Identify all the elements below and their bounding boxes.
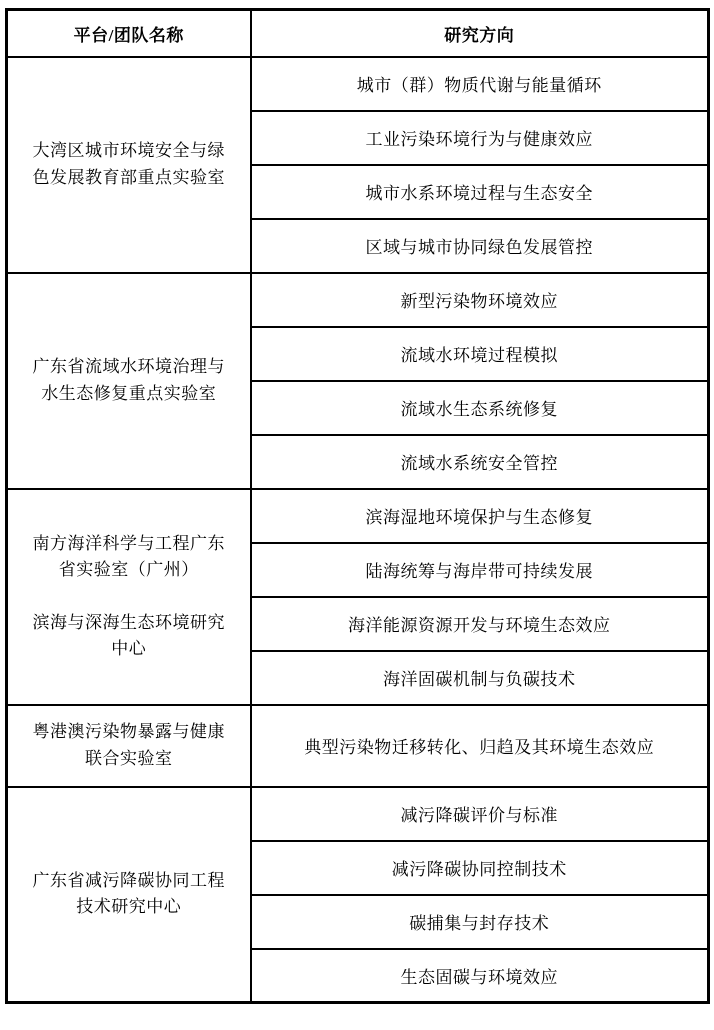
platform-name: 粤港澳污染物暴露与健康联合实验室 [28, 719, 230, 772]
direction-cell: 流域水系统安全管控 [251, 435, 709, 489]
platform-cell: 大湾区城市环境安全与绿色发展教育部重点实验室 [7, 57, 251, 273]
platform-name: 大湾区城市环境安全与绿色发展教育部重点实验室 [28, 138, 230, 191]
platform-cell: 南方海洋科学与工程广东省实验室（广州） 滨海与深海生态环境研究中心 [7, 489, 251, 705]
direction-cell: 陆海统筹与海岸带可持续发展 [251, 543, 709, 597]
platform-name: 南方海洋科学与工程广东省实验室（广州） [28, 531, 230, 584]
direction-cell: 新型污染物环境效应 [251, 273, 709, 327]
direction-cell: 生态固碳与环境效应 [251, 949, 709, 1003]
direction-cell: 城市水系环境过程与生态安全 [251, 165, 709, 219]
platform-cell: 粤港澳污染物暴露与健康联合实验室 [7, 705, 251, 787]
table-row: 粤港澳污染物暴露与健康联合实验室 典型污染物迁移转化、归趋及其环境生态效应 [7, 705, 709, 787]
direction-cell: 碳捕集与封存技术 [251, 895, 709, 949]
table-row: 大湾区城市环境安全与绿色发展教育部重点实验室 城市（群）物质代谢与能量循环 [7, 57, 709, 111]
table-body: 大湾区城市环境安全与绿色发展教育部重点实验室 城市（群）物质代谢与能量循环 工业… [7, 57, 709, 1003]
platform-name: 广东省减污降碳协同工程技术研究中心 [28, 868, 230, 921]
direction-cell: 减污降碳评价与标准 [251, 787, 709, 841]
direction-cell: 海洋能源资源开发与环境生态效应 [251, 597, 709, 651]
direction-cell: 典型污染物迁移转化、归趋及其环境生态效应 [251, 705, 709, 787]
table-header: 平台/团队名称 研究方向 [7, 10, 709, 57]
header-row: 平台/团队名称 研究方向 [7, 10, 709, 57]
document-page: 平台/团队名称 研究方向 大湾区城市环境安全与绿色发展教育部重点实验室 城市（群… [0, 0, 714, 1030]
header-platform-column: 平台/团队名称 [7, 10, 251, 57]
platform-cell: 广东省流域水环境治理与水生态修复重点实验室 [7, 273, 251, 489]
table-row: 广东省流域水环境治理与水生态修复重点实验室 新型污染物环境效应 [7, 273, 709, 327]
direction-cell: 滨海湿地环境保护与生态修复 [251, 489, 709, 543]
direction-cell: 流域水环境过程模拟 [251, 327, 709, 381]
direction-cell: 工业污染环境行为与健康效应 [251, 111, 709, 165]
direction-cell: 流域水生态系统修复 [251, 381, 709, 435]
platform-cell: 广东省减污降碳协同工程技术研究中心 [7, 787, 251, 1003]
direction-cell: 海洋固碳机制与负碳技术 [251, 651, 709, 705]
header-direction-column: 研究方向 [251, 10, 709, 57]
research-directions-table: 平台/团队名称 研究方向 大湾区城市环境安全与绿色发展教育部重点实验室 城市（群… [5, 8, 710, 1004]
direction-cell: 减污降碳协同控制技术 [251, 841, 709, 895]
direction-cell: 区域与城市协同绿色发展管控 [251, 219, 709, 273]
table-row: 南方海洋科学与工程广东省实验室（广州） 滨海与深海生态环境研究中心 滨海湿地环境… [7, 489, 709, 543]
table-row: 广东省减污降碳协同工程技术研究中心 减污降碳评价与标准 [7, 787, 709, 841]
platform-name: 广东省流域水环境治理与水生态修复重点实验室 [28, 354, 230, 407]
direction-cell: 城市（群）物质代谢与能量循环 [251, 57, 709, 111]
platform-name-secondary: 滨海与深海生态环境研究中心 [28, 610, 230, 663]
